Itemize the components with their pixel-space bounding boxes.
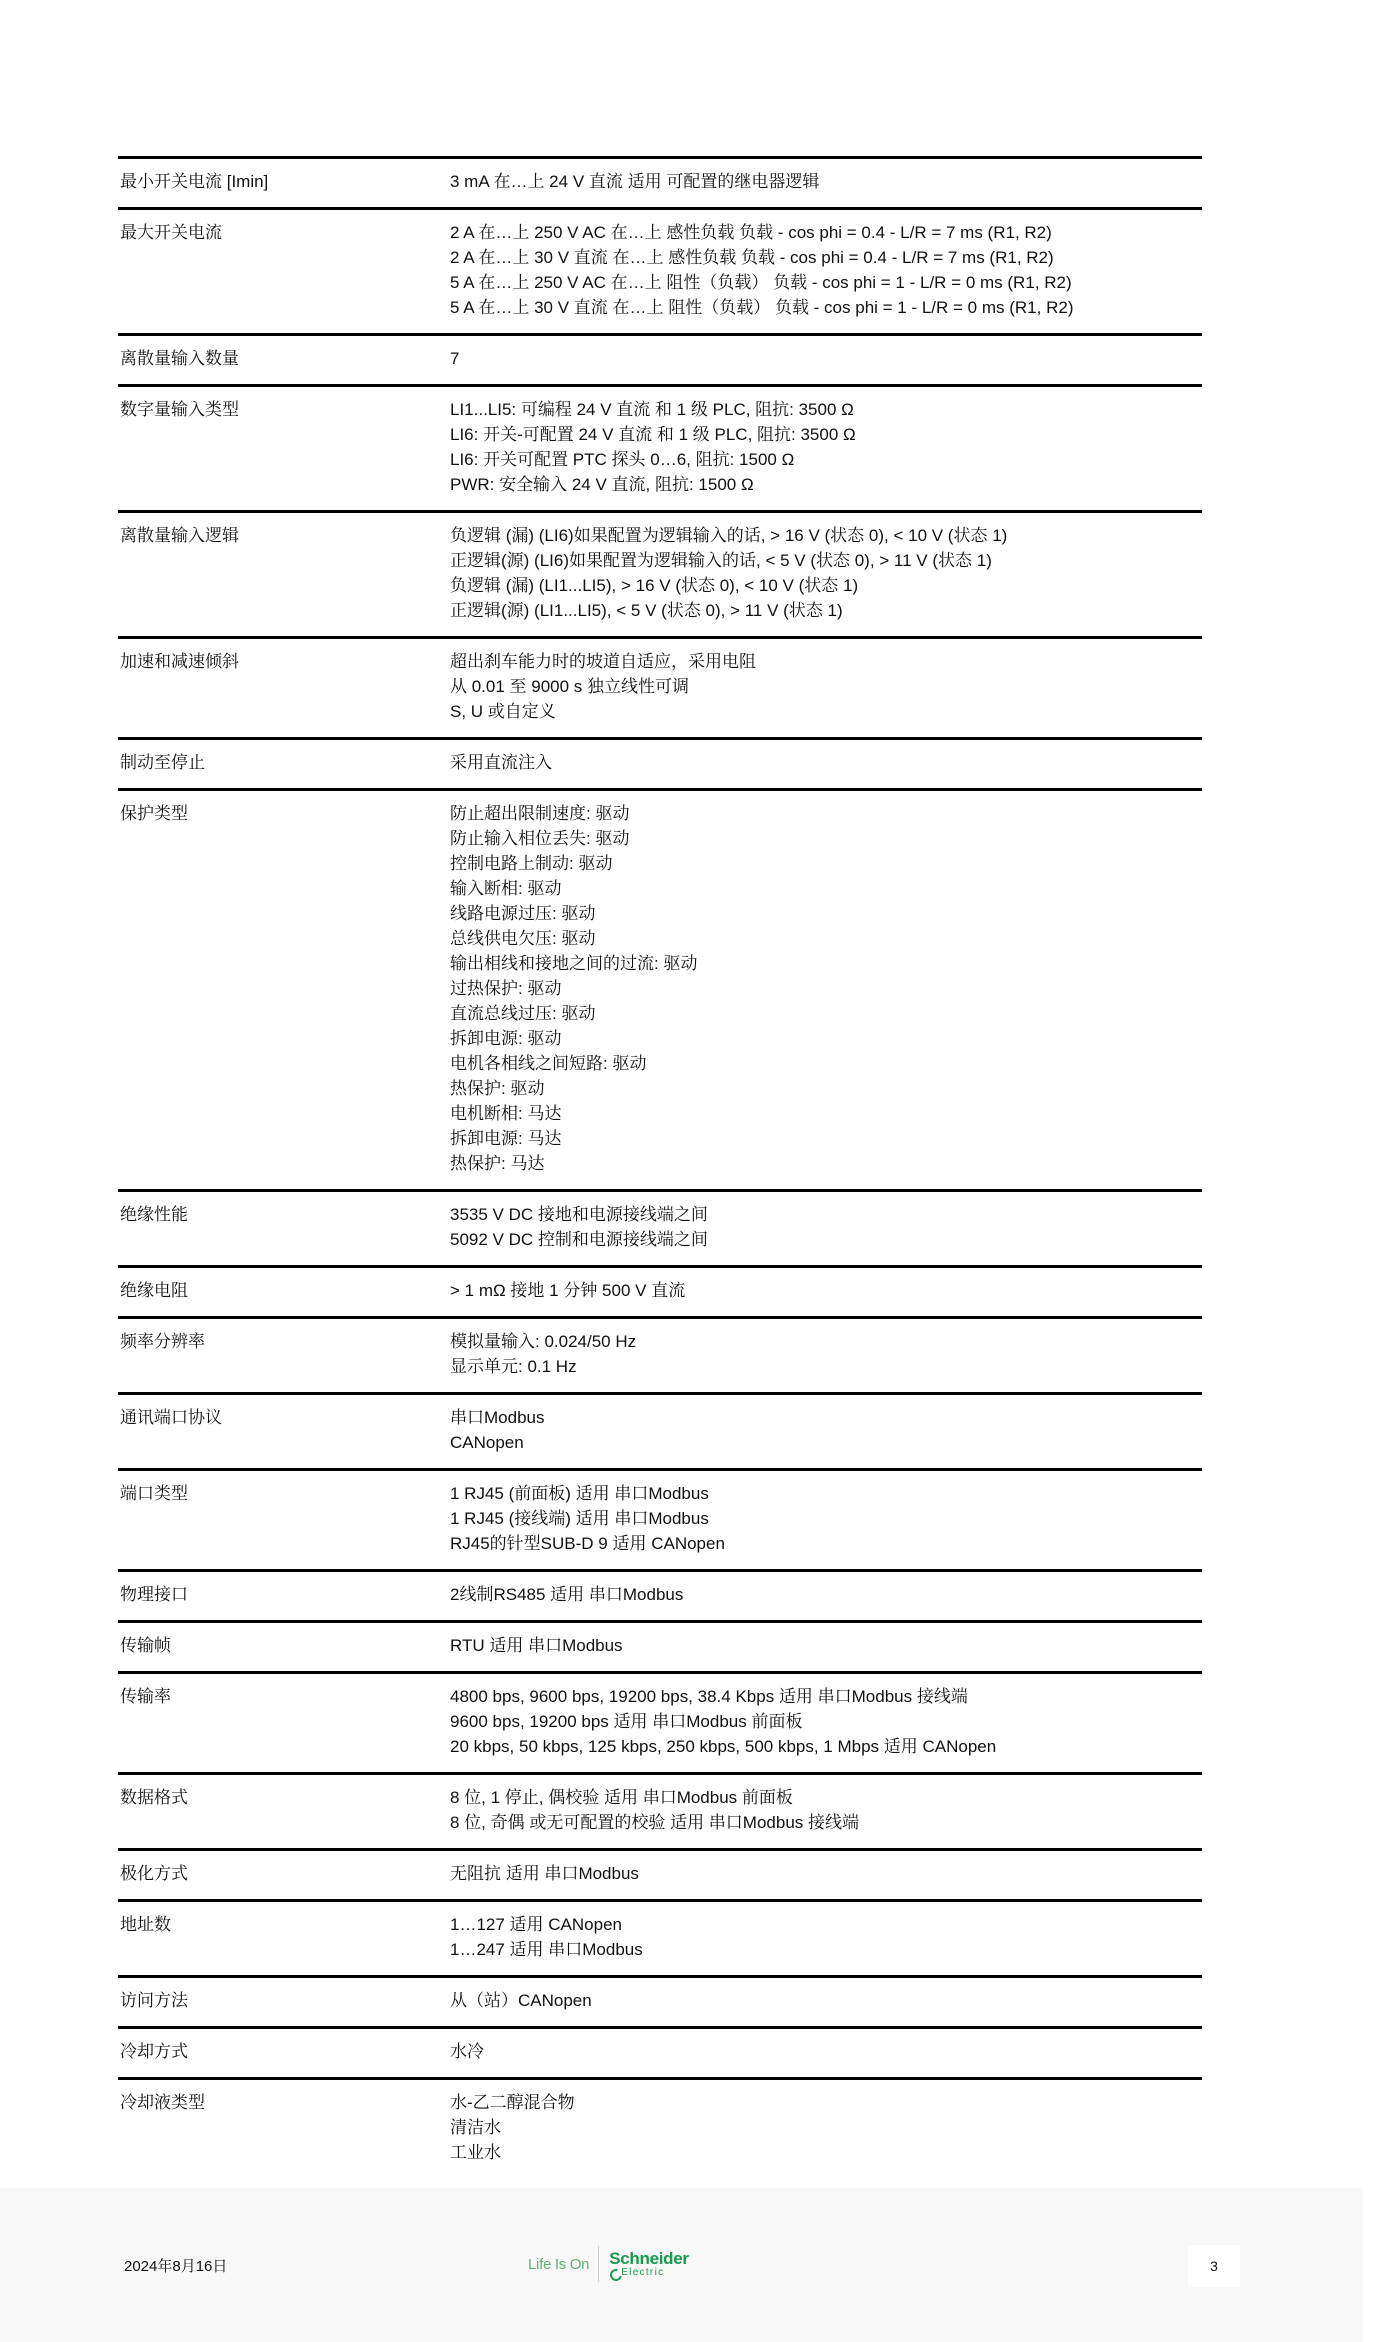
spec-values: 2线制RS485 适用 串口Modbus [450,1582,1202,1607]
spec-label: 冷却方式 [118,2039,450,2064]
spec-row: 冷却方式水冷 [118,2026,1202,2077]
spec-value: 热保护: 驱动 [450,1076,1202,1101]
spec-row: 地址数1…127 适用 CANopen1…247 适用 串口Modbus [118,1899,1202,1975]
spec-value: 防止超出限制速度: 驱动 [450,801,1202,826]
spec-values: 1…127 适用 CANopen1…247 适用 串口Modbus [450,1912,1202,1962]
spec-row: 绝缘性能3535 V DC 接地和电源接线端之间5092 V DC 控制和电源接… [118,1189,1202,1265]
spec-label: 数据格式 [118,1785,450,1835]
spec-value: 5 A 在…上 250 V AC 在…上 阻性（负载） 负载 - cos phi… [450,270,1202,295]
spec-value: 电机各相线之间短路: 驱动 [450,1051,1202,1076]
spec-value: 防止输入相位丢失: 驱动 [450,826,1202,851]
spec-label: 加速和减速倾斜 [118,649,450,724]
spec-label: 物理接口 [118,1582,450,1607]
spec-value: 控制电路上制动: 驱动 [450,851,1202,876]
spec-value: 模拟量输入: 0.024/50 Hz [450,1329,1202,1354]
spec-values: 串口ModbusCANopen [450,1405,1202,1455]
page-number: 3 [1188,2245,1240,2287]
spec-values: 水-乙二醇混合物清洁水工业水 [450,2090,1202,2165]
spec-label: 保护类型 [118,801,450,1176]
spec-values: 8 位, 1 停止, 偶校验 适用 串口Modbus 前面板8 位, 奇偶 或无… [450,1785,1202,1835]
spec-value: 7 [450,346,1202,371]
spec-row: 物理接口2线制RS485 适用 串口Modbus [118,1569,1202,1620]
spec-label: 制动至停止 [118,750,450,775]
spec-row: 极化方式无阻抗 适用 串口Modbus [118,1848,1202,1899]
spec-row: 频率分辨率模拟量输入: 0.024/50 Hz显示单元: 0.1 Hz [118,1316,1202,1392]
spec-row: 最大开关电流2 A 在…上 250 V AC 在…上 感性负载 负载 - cos… [118,207,1202,333]
spec-values: > 1 mΩ 接地 1 分钟 500 V 直流 [450,1278,1202,1303]
footer-date: 2024年8月16日 [124,2255,227,2276]
spec-value: 5092 V DC 控制和电源接线端之间 [450,1227,1202,1252]
spec-value: 从（站）CANopen [450,1988,1202,2013]
brand-sub: Electric [609,2268,689,2278]
page-footer: 2024年8月16日 Life Is On Schneider Electric… [0,2188,1363,2342]
spec-label: 传输率 [118,1684,450,1759]
spec-values: 2 A 在…上 250 V AC 在…上 感性负载 负载 - cos phi =… [450,220,1202,320]
spec-value: LI6: 开关可配置 PTC 探头 0…6, 阻抗: 1500 Ω [450,447,1202,472]
spec-values: 7 [450,346,1202,371]
spec-label: 端口类型 [118,1481,450,1556]
spec-value: 采用直流注入 [450,750,1202,775]
spec-value: RTU 适用 串口Modbus [450,1633,1202,1658]
spec-value: 负逻辑 (漏) (LI6)如果配置为逻辑输入的话, > 16 V (状态 0),… [450,523,1202,548]
spec-value: 水-乙二醇混合物 [450,2090,1202,2115]
spec-values: 负逻辑 (漏) (LI6)如果配置为逻辑输入的话, > 16 V (状态 0),… [450,523,1202,623]
spec-value: 5 A 在…上 30 V 直流 在…上 阻性（负载） 负载 - cos phi … [450,295,1202,320]
spec-value: 正逻辑(源) (LI1...LI5), < 5 V (状态 0), > 11 V… [450,598,1202,623]
brand-name: Schneider [609,2250,689,2267]
spec-value: 1 RJ45 (前面板) 适用 串口Modbus [450,1481,1202,1506]
spec-row: 离散量输入数量7 [118,333,1202,384]
spec-value: CANopen [450,1430,1202,1455]
spec-label: 绝缘电阻 [118,1278,450,1303]
logo-divider [598,2246,599,2282]
spec-value: S, U 或自定义 [450,699,1202,724]
spec-value: 超出刹车能力时的坡道自适应，采用电阻 [450,649,1202,674]
spec-value: 热保护: 马达 [450,1151,1202,1176]
spec-value: LI6: 开关-可配置 24 V 直流 和 1 级 PLC, 阻抗: 3500 … [450,422,1202,447]
spec-values: 无阻抗 适用 串口Modbus [450,1861,1202,1886]
spec-row: 绝缘电阻> 1 mΩ 接地 1 分钟 500 V 直流 [118,1265,1202,1316]
spec-value: 清洁水 [450,2115,1202,2140]
spec-values: 4800 bps, 9600 bps, 19200 bps, 38.4 Kbps… [450,1684,1202,1759]
spec-label: 频率分辨率 [118,1329,450,1379]
spec-value: 无阻抗 适用 串口Modbus [450,1861,1202,1886]
spec-value: 1…247 适用 串口Modbus [450,1937,1202,1962]
spec-values: 从（站）CANopen [450,1988,1202,2013]
spec-label: 离散量输入数量 [118,346,450,371]
spec-value: 显示单元: 0.1 Hz [450,1354,1202,1379]
spec-values: 模拟量输入: 0.024/50 Hz显示单元: 0.1 Hz [450,1329,1202,1379]
spec-label: 传输帧 [118,1633,450,1658]
spec-value: 输出相线和接地之间的过流: 驱动 [450,951,1202,976]
spec-value: 工业水 [450,2140,1202,2165]
spec-values: RTU 适用 串口Modbus [450,1633,1202,1658]
spec-value: 负逻辑 (漏) (LI1...LI5), > 16 V (状态 0), < 10… [450,573,1202,598]
spec-values: 3535 V DC 接地和电源接线端之间5092 V DC 控制和电源接线端之间 [450,1202,1202,1252]
spec-label: 冷却液类型 [118,2090,450,2165]
spec-value: 4800 bps, 9600 bps, 19200 bps, 38.4 Kbps… [450,1684,1202,1709]
spec-value: PWR: 安全输入 24 V 直流, 阻抗: 1500 Ω [450,472,1202,497]
spec-value: 9600 bps, 19200 bps 适用 串口Modbus 前面板 [450,1709,1202,1734]
spec-value: 过热保护: 驱动 [450,976,1202,1001]
brand-wordmark: Schneider Electric [609,2250,689,2278]
spec-value: 总线供电欠压: 驱动 [450,926,1202,951]
spec-value: 直流总线过压: 驱动 [450,1001,1202,1026]
spec-value: 线路电源过压: 驱动 [450,901,1202,926]
spec-label: 极化方式 [118,1861,450,1886]
spec-row: 制动至停止采用直流注入 [118,737,1202,788]
spec-value: 串口Modbus [450,1405,1202,1430]
spec-value: 拆卸电源: 马达 [450,1126,1202,1151]
spec-table: 最小开关电流 [Imin]3 mA 在…上 24 V 直流 适用 可配置的继电器… [118,156,1202,2178]
spec-label: 地址数 [118,1912,450,1962]
spec-value: 水冷 [450,2039,1202,2064]
spec-label: 最小开关电流 [Imin] [118,169,450,194]
spec-label: 访问方法 [118,1988,450,2013]
spec-row: 冷却液类型水-乙二醇混合物清洁水工业水 [118,2077,1202,2178]
spec-value: 2线制RS485 适用 串口Modbus [450,1582,1202,1607]
spec-value: 拆卸电源: 驱动 [450,1026,1202,1051]
spec-value: 1 RJ45 (接线端) 适用 串口Modbus [450,1506,1202,1531]
spec-value: 8 位, 1 停止, 偶校验 适用 串口Modbus 前面板 [450,1785,1202,1810]
spec-values: 1 RJ45 (前面板) 适用 串口Modbus1 RJ45 (接线端) 适用 … [450,1481,1202,1556]
spec-label: 最大开关电流 [118,220,450,320]
spec-value: 从 0.01 至 9000 s 独立线性可调 [450,674,1202,699]
spec-value: LI1...LI5: 可编程 24 V 直流 和 1 级 PLC, 阻抗: 35… [450,397,1202,422]
spec-value: > 1 mΩ 接地 1 分钟 500 V 直流 [450,1278,1202,1303]
spec-row: 数据格式8 位, 1 停止, 偶校验 适用 串口Modbus 前面板8 位, 奇… [118,1772,1202,1848]
spec-value: 8 位, 奇偶 或无可配置的校验 适用 串口Modbus 接线端 [450,1810,1202,1835]
spec-row: 端口类型1 RJ45 (前面板) 适用 串口Modbus1 RJ45 (接线端)… [118,1468,1202,1569]
spec-value: 2 A 在…上 250 V AC 在…上 感性负载 负载 - cos phi =… [450,220,1202,245]
spec-row: 访问方法从（站）CANopen [118,1975,1202,2026]
spec-value: 3 mA 在…上 24 V 直流 适用 可配置的继电器逻辑 [450,169,1202,194]
spec-label: 离散量输入逻辑 [118,523,450,623]
spec-row: 传输帧RTU 适用 串口Modbus [118,1620,1202,1671]
spec-value: 输入断相: 驱动 [450,876,1202,901]
spec-row: 数字量输入类型LI1...LI5: 可编程 24 V 直流 和 1 级 PLC,… [118,384,1202,510]
spec-values: 3 mA 在…上 24 V 直流 适用 可配置的继电器逻辑 [450,169,1202,194]
datasheet-page: 最小开关电流 [Imin]3 mA 在…上 24 V 直流 适用 可配置的继电器… [0,0,1395,2342]
spec-row: 加速和减速倾斜超出刹车能力时的坡道自适应，采用电阻从 0.01 至 9000 s… [118,636,1202,737]
spec-row: 离散量输入逻辑负逻辑 (漏) (LI6)如果配置为逻辑输入的话, > 16 V … [118,510,1202,636]
spec-value: 1…127 适用 CANopen [450,1912,1202,1937]
spec-value: 电机断相: 马达 [450,1101,1202,1126]
spec-row: 通讯端口协议串口ModbusCANopen [118,1392,1202,1468]
spec-label: 数字量输入类型 [118,397,450,497]
spec-values: LI1...LI5: 可编程 24 V 直流 和 1 级 PLC, 阻抗: 35… [450,397,1202,497]
brand-logo: Life Is On Schneider Electric [528,2242,689,2286]
spec-value: 3535 V DC 接地和电源接线端之间 [450,1202,1202,1227]
spec-row: 保护类型防止超出限制速度: 驱动防止输入相位丢失: 驱动控制电路上制动: 驱动输… [118,788,1202,1189]
spec-values: 防止超出限制速度: 驱动防止输入相位丢失: 驱动控制电路上制动: 驱动输入断相:… [450,801,1202,1176]
spec-label: 通讯端口协议 [118,1405,450,1455]
spec-row: 传输率4800 bps, 9600 bps, 19200 bps, 38.4 K… [118,1671,1202,1772]
spec-values: 水冷 [450,2039,1202,2064]
spec-value: RJ45的针型SUB-D 9 适用 CANopen [450,1531,1202,1556]
spec-row: 最小开关电流 [Imin]3 mA 在…上 24 V 直流 适用 可配置的继电器… [118,156,1202,207]
spec-values: 超出刹车能力时的坡道自适应，采用电阻从 0.01 至 9000 s 独立线性可调… [450,649,1202,724]
spec-value: 正逻辑(源) (LI6)如果配置为逻辑输入的话, < 5 V (状态 0), >… [450,548,1202,573]
spec-value: 2 A 在…上 30 V 直流 在…上 感性负载 负载 - cos phi = … [450,245,1202,270]
spec-values: 采用直流注入 [450,750,1202,775]
spec-value: 20 kbps, 50 kbps, 125 kbps, 250 kbps, 50… [450,1734,1202,1759]
spec-label: 绝缘性能 [118,1202,450,1252]
logo-tagline: Life Is On [528,2256,598,2273]
